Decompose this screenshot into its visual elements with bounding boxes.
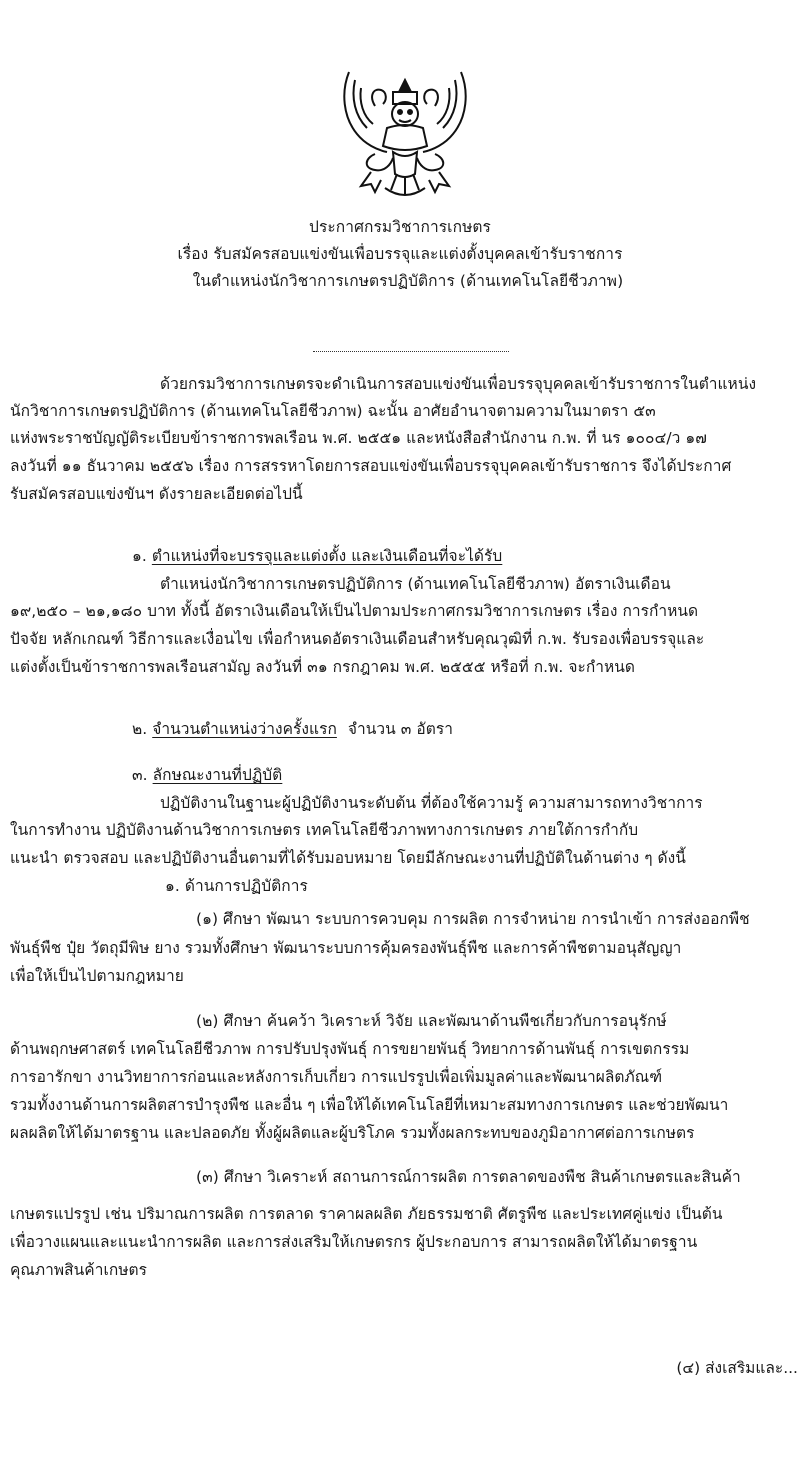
section1-line: แต่งตั้งเป็นข้าราชการพลเรือนสามัญ ลงวันท… — [10, 657, 635, 677]
section2-value: จำนวน ๓ อัตรา — [348, 720, 453, 738]
section1-line: ๑๙,๒๕๐ – ๒๑,๑๘๐ บาท ทั้งนี้ อัตราเงินเดื… — [10, 601, 698, 621]
section3-number: ๓. — [132, 766, 148, 784]
section2-title: จำนวนตำแหน่งว่างครั้งแรก — [152, 720, 337, 738]
section3-title: ลักษณะงานที่ปฏิบัติ — [153, 766, 283, 784]
announcement-position: ในตำแหน่งนักวิชาการเกษตรปฏิบัติการ (ด้าน… — [8, 268, 800, 293]
item3-line: คุณภาพสินค้าเกษตร — [10, 1260, 147, 1280]
announcement-subject: เรื่อง รับสมัครสอบแข่งขันเพื่อบรรจุและแต… — [0, 241, 800, 266]
section3-heading: ๓. ลักษณะงานที่ปฏิบัติ — [132, 765, 282, 785]
item2-line: (๒) ศึกษา ค้นคว้า วิเคราะห์ วิจัย และพัฒ… — [196, 1011, 667, 1031]
section1-line: ปัจจัย หลักเกณฑ์ วิธีการและเงื่อนไข เพื่… — [10, 629, 704, 649]
item3-line: เกษตรแปรรูป เช่น ปริมาณการผลิต การตลาด ร… — [10, 1204, 723, 1224]
item2-line: ด้านพฤกษศาสตร์ เทคโนโลยีชีวภาพ การปรับปร… — [10, 1039, 689, 1059]
section2-heading: ๒. จำนวนตำแหน่งว่างครั้งแรก จำนวน ๓ อัตร… — [132, 719, 453, 739]
item1-line: เพื่อให้เป็นไปตามกฎหมาย — [10, 966, 184, 986]
announcement-issuer: ประกาศกรมวิชาการเกษตร — [0, 214, 800, 239]
item3-line: เพื่อวางแผนและแนะนำการผลิต และการส่งเสริ… — [10, 1232, 697, 1252]
section3-line: แนะนำ ตรวจสอบ และปฏิบัติงานอื่นตามที่ได้… — [10, 848, 686, 868]
item3-line: (๓) ศึกษา วิเคราะห์ สถานการณ์การผลิต การ… — [196, 1167, 741, 1187]
garuda-emblem-icon — [335, 62, 475, 204]
item1-line: (๑) ศึกษา พัฒนา ระบบการควบคุม การผลิต กา… — [196, 909, 750, 929]
continuation-note: (๔) ส่งเสริมและ... — [676, 1355, 798, 1380]
section3-line: ในการทำงาน ปฏิบัติงานด้านวิชาการเกษตร เท… — [10, 820, 638, 840]
item2-line: ผลผลิตให้ได้มาตรฐาน และปลอดภัย ทั้งผู้ผล… — [10, 1123, 695, 1143]
intro-line: แห่งพระราชบัญญัติระเบียบข้าราชการพลเรือน… — [10, 428, 707, 448]
section1-line: ตำแหน่งนักวิชาการเกษตรปฏิบัติการ (ด้านเท… — [160, 574, 671, 594]
intro-line: นักวิชาการเกษตรปฏิบัติการ (ด้านเทคโนโลยี… — [10, 401, 656, 421]
section1-title: ตำแหน่งที่จะบรรจุและแต่งตั้ง และเงินเดือ… — [152, 547, 502, 565]
intro-line: รับสมัครสอบแข่งขันฯ ดังรายละเอียดต่อไปนี… — [10, 484, 303, 504]
section2-number: ๒. — [132, 720, 147, 738]
item2-line: รวมทั้งงานด้านการผลิตสารบำรุงพืช และอื่น… — [10, 1095, 728, 1115]
section3-line: ปฏิบัติงานในฐานะผู้ปฏิบัติงานระดับต้น ที… — [160, 793, 703, 813]
item2-line: การอารักขา งานวิทยาการก่อนและหลังการเก็บ… — [10, 1067, 662, 1087]
item1-line: พันธุ์พืช ปุ๋ย วัตถุมีพิษ ยาง รวมทั้งศึก… — [10, 938, 681, 958]
section1-heading: ๑. ตำแหน่งที่จะบรรจุและแต่งตั้ง และเงินเ… — [132, 546, 502, 566]
intro-line: ด้วยกรมวิชาการเกษตรจะดำเนินการสอบแข่งขัน… — [160, 374, 756, 394]
separator-dots — [313, 351, 509, 352]
intro-line: ลงวันที่ ๑๑ ธันวาคม ๒๕๕๖ เรื่อง การสรรหา… — [10, 456, 731, 476]
section1-number: ๑. — [132, 547, 147, 565]
subsection-operations-title: ๑. ด้านการปฏิบัติการ — [165, 876, 308, 896]
